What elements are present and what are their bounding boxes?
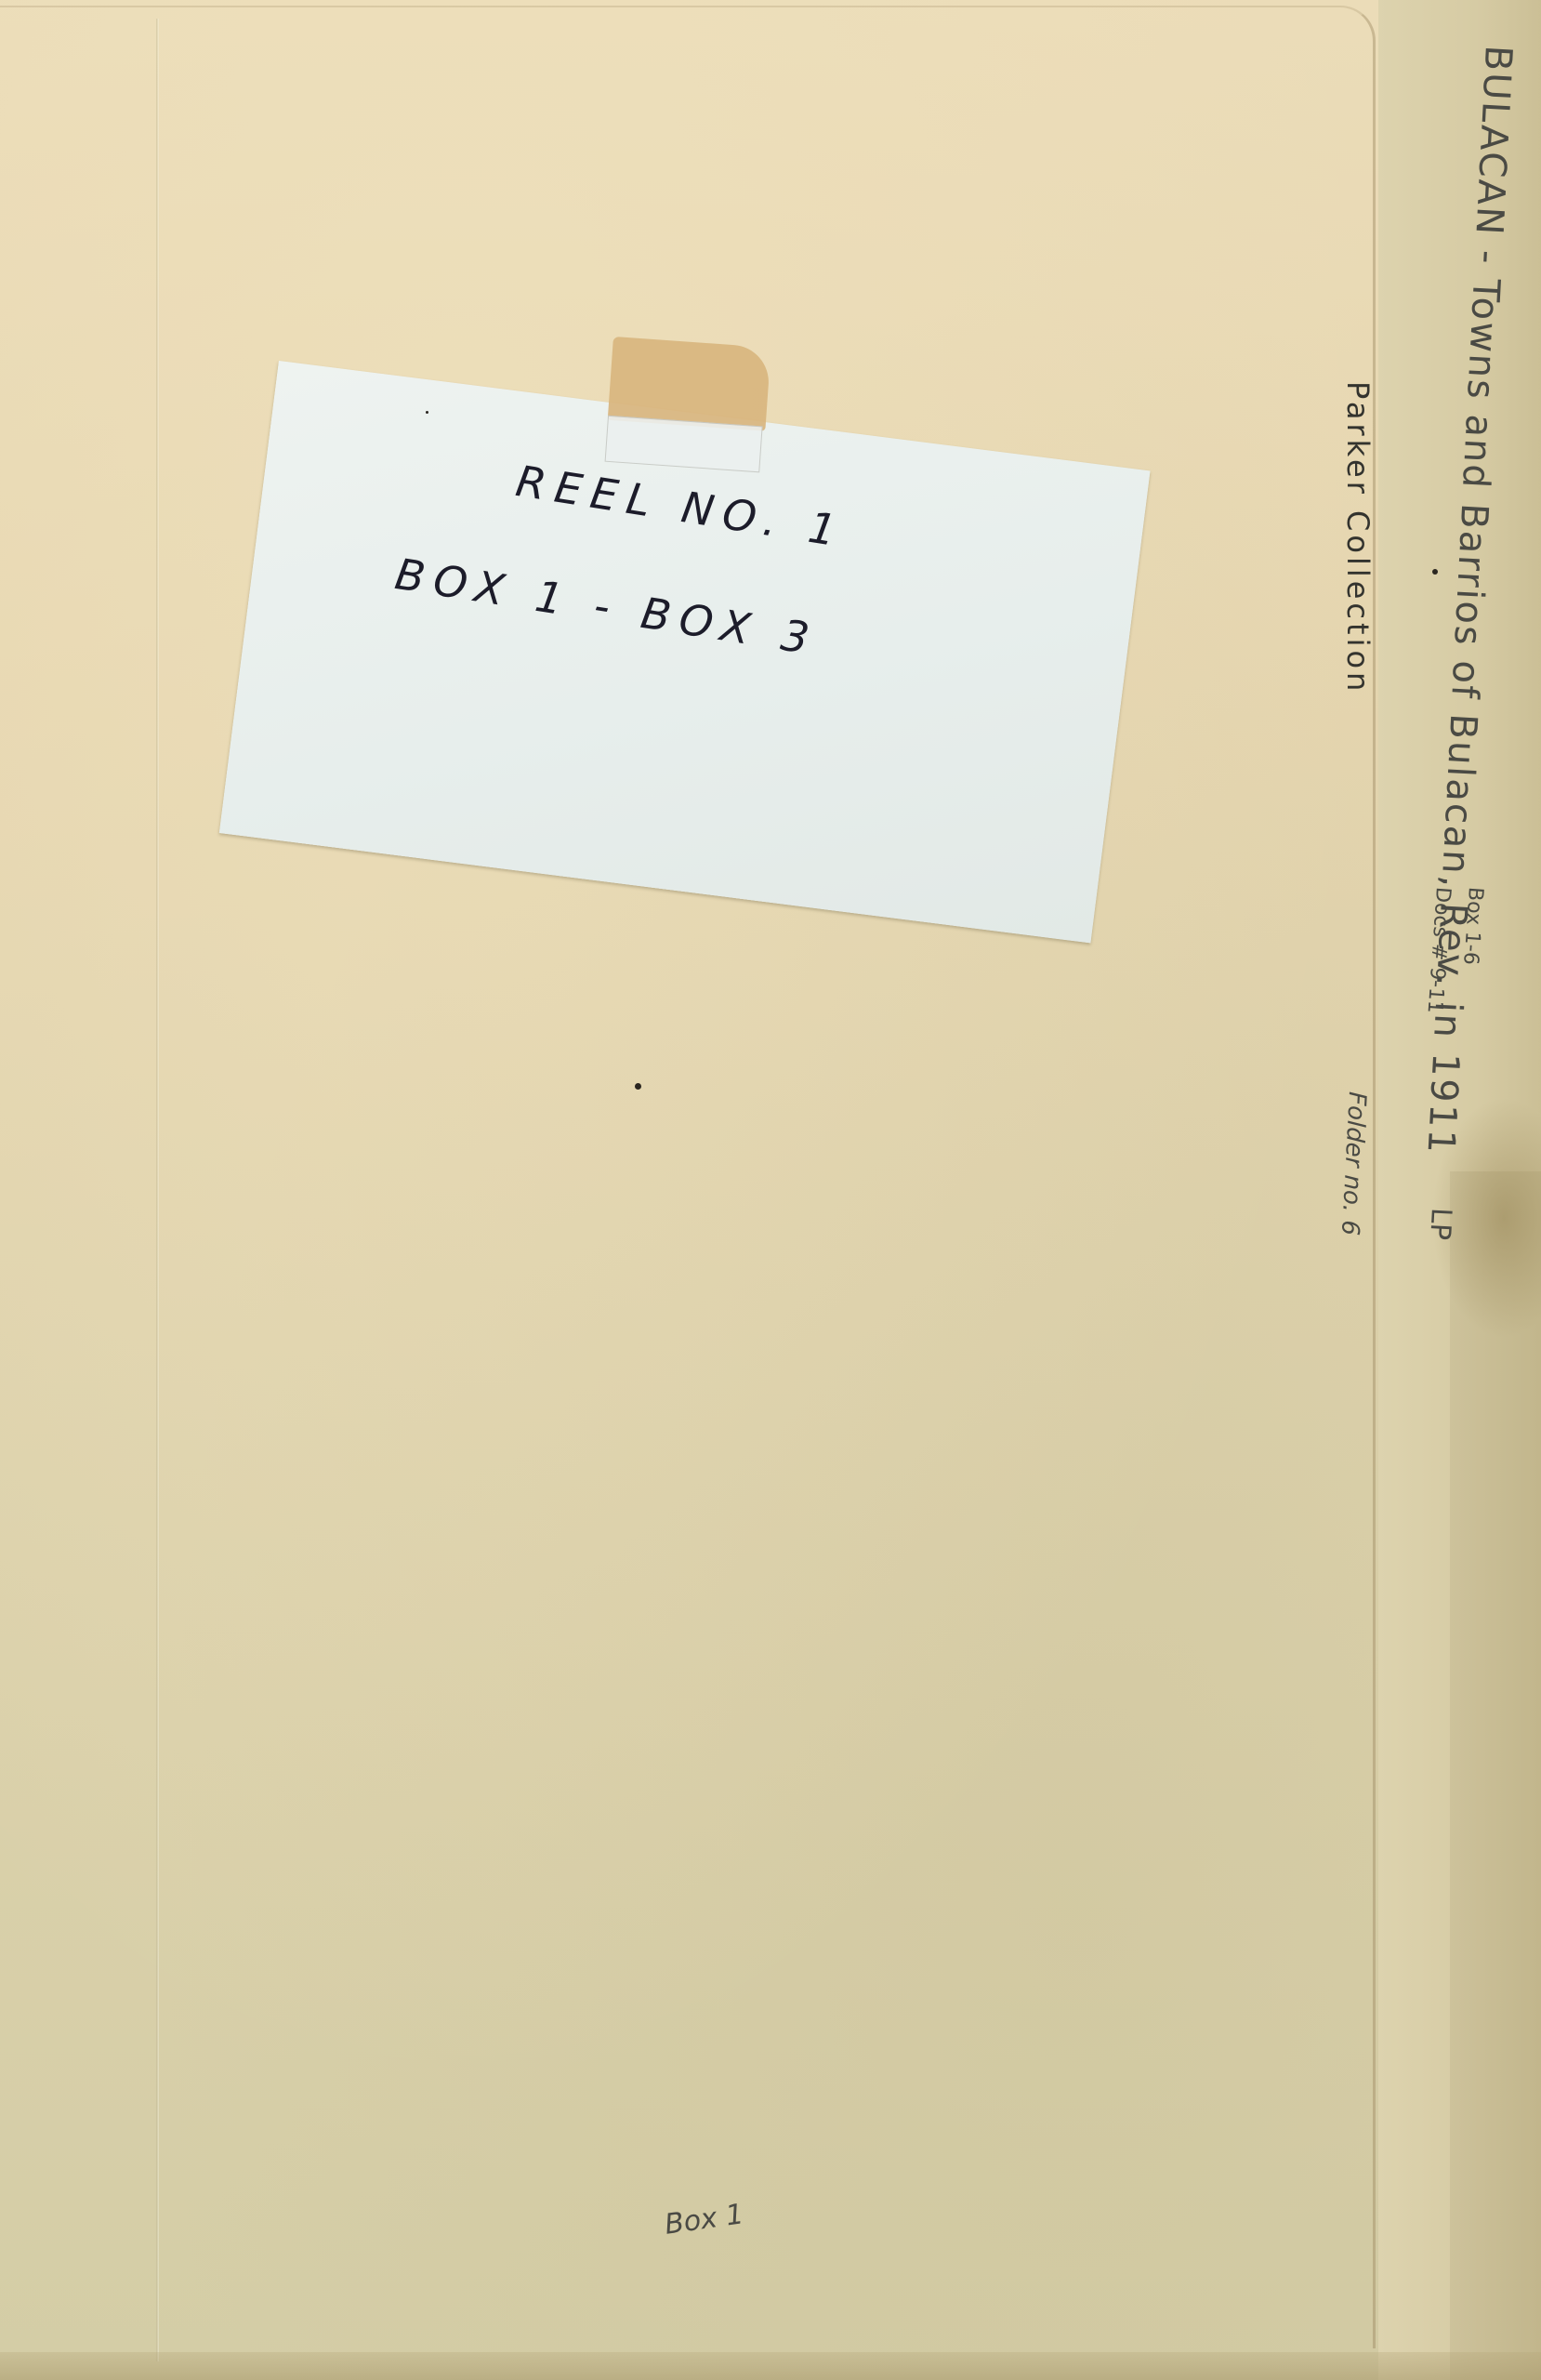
folder-cover: REEL NO. 1 BOX 1 - BOX 3 BULACAN - Towns… — [0, 0, 1541, 2380]
folder-back-edge — [1450, 1171, 1541, 2380]
ink-spot — [1432, 569, 1438, 575]
collection-label: Parker Collection — [1340, 381, 1376, 694]
tape-strip — [605, 337, 771, 469]
initials: LP — [1423, 1207, 1457, 1241]
ink-spot — [426, 411, 428, 414]
folder-bottom-edge — [0, 2352, 1541, 2380]
ink-spot — [635, 1083, 641, 1090]
